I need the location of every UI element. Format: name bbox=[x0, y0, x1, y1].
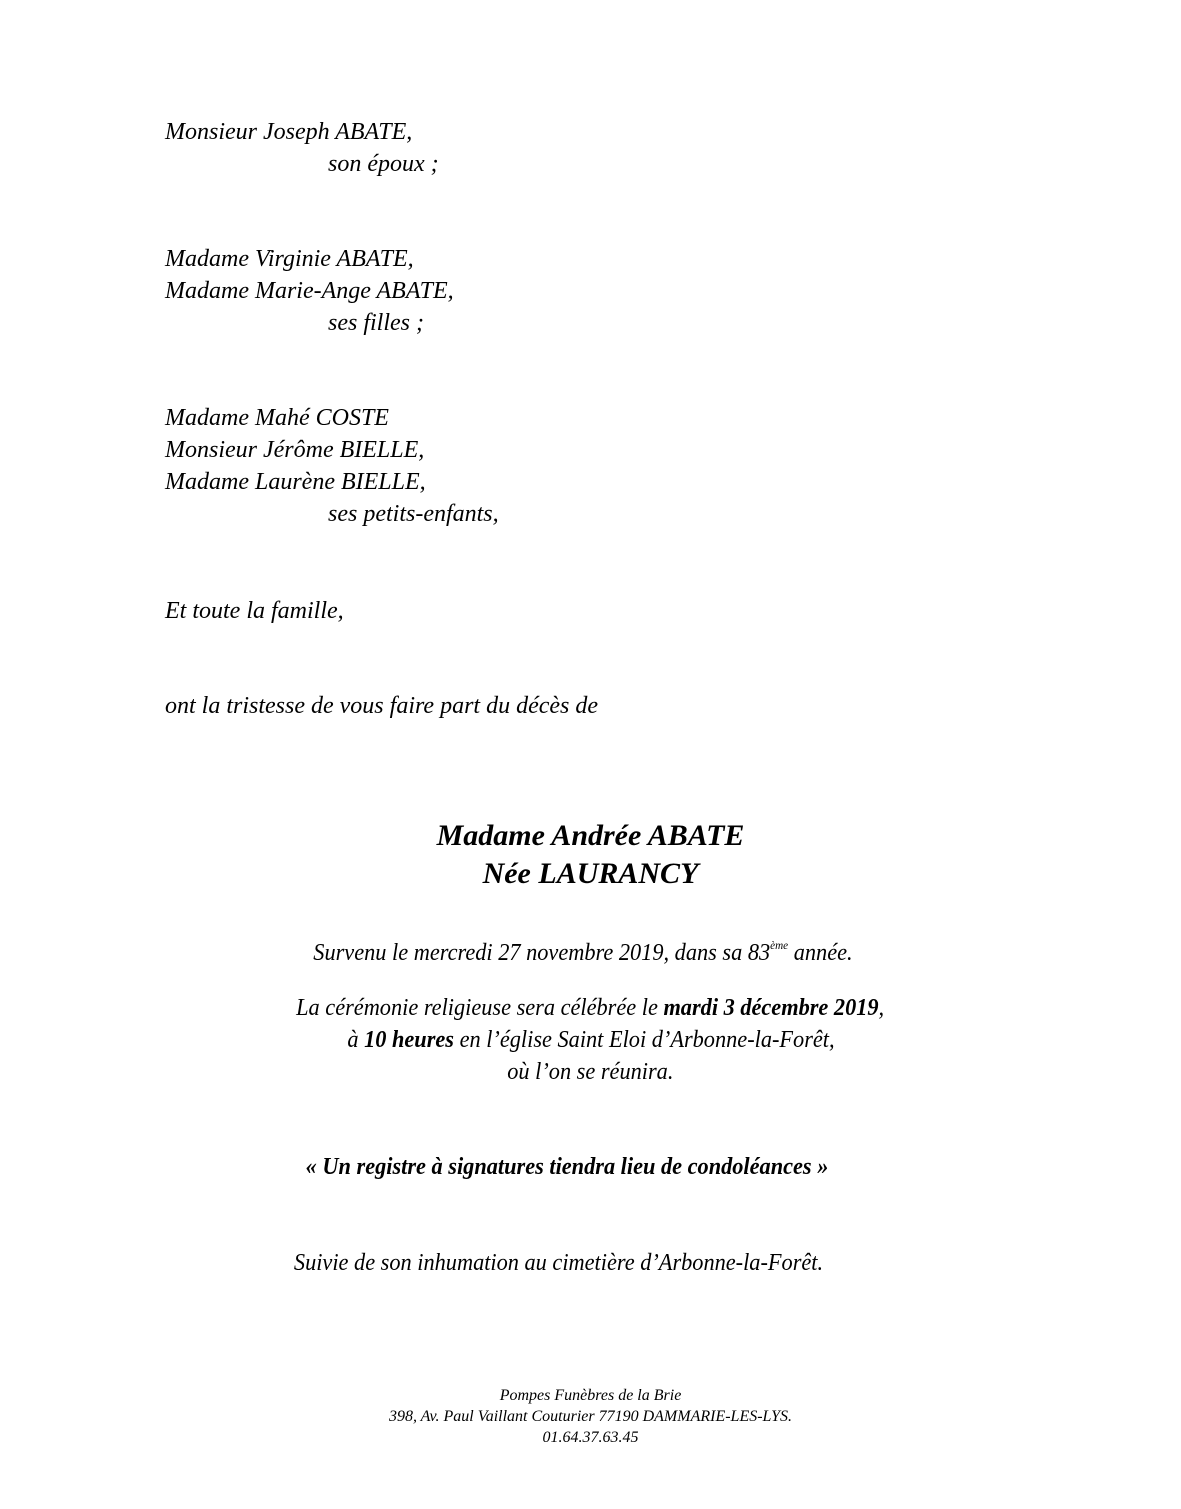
daughter-name: Madame Virginie ABATE, bbox=[165, 243, 414, 275]
grandchild-name: Madame Laurène BIELLE, bbox=[165, 466, 426, 498]
ceremony-line-1: La cérémonie religieuse sera célébrée le… bbox=[0, 992, 1181, 1024]
burial-note: Suivie de son inhumation au cimetière d’… bbox=[0, 1247, 1149, 1279]
daughter-name: Madame Marie-Ange ABATE, bbox=[165, 275, 454, 307]
deceased-maiden-name: Née LAURANCY bbox=[0, 855, 1181, 893]
death-notice: Survenu le mercredi 27 novembre 2019, da… bbox=[0, 929, 1173, 969]
death-notice-text: Survenu le mercredi 27 novembre 2019, da… bbox=[313, 940, 770, 966]
spouse-relation: son époux ; bbox=[328, 148, 439, 180]
grandchild-name: Madame Mahé COSTE bbox=[165, 402, 389, 434]
ceremony-time: 10 heures bbox=[364, 1027, 454, 1053]
ceremony-location: en l’église Saint Eloi d’Arbonne-la-Forê… bbox=[454, 1027, 835, 1053]
ceremony-line-2: à 10 heures en l’église Saint Eloi d’Arb… bbox=[0, 1024, 1181, 1056]
announcement: ont la tristesse de vous faire part du d… bbox=[165, 690, 598, 722]
funeral-home-name: Pompes Funèbres de la Brie bbox=[0, 1385, 1181, 1406]
funeral-home-phone: 01.64.37.63.45 bbox=[0, 1427, 1181, 1448]
deceased-name: Madame Andrée ABATE bbox=[0, 817, 1181, 855]
death-notice-suffix: année. bbox=[788, 940, 852, 966]
condolences-text: « Un registre à signatures tiendra lieu … bbox=[306, 1151, 829, 1183]
condolences-note: « Un registre à signatures tiendra lieu … bbox=[0, 1151, 1158, 1183]
grandchildren-relation: ses petits-enfants, bbox=[328, 498, 499, 530]
ceremony-line-3: où l’on se réunira. bbox=[0, 1056, 1181, 1088]
obituary-page: Monsieur Joseph ABATE, son époux ; Madam… bbox=[0, 0, 1181, 1509]
ceremony-gathering: où l’on se réunira. bbox=[507, 1056, 673, 1088]
spouse-name: Monsieur Joseph ABATE, bbox=[165, 116, 412, 148]
ceremony-text: , bbox=[879, 995, 885, 1021]
ceremony-text: La cérémonie religieuse sera célébrée le bbox=[296, 995, 663, 1021]
whole-family: Et toute la famille, bbox=[165, 595, 344, 627]
funeral-home-address: 398, Av. Paul Vaillant Couturier 77190 D… bbox=[0, 1406, 1181, 1427]
grandchild-name: Monsieur Jérôme BIELLE, bbox=[165, 434, 424, 466]
daughters-relation: ses filles ; bbox=[328, 307, 424, 339]
ceremony-date: mardi 3 décembre 2019 bbox=[664, 995, 879, 1021]
death-notice-superscript: ème bbox=[770, 938, 788, 952]
ceremony-text: à bbox=[347, 1027, 364, 1053]
burial-text: Suivie de son inhumation au cimetière d’… bbox=[294, 1247, 823, 1279]
